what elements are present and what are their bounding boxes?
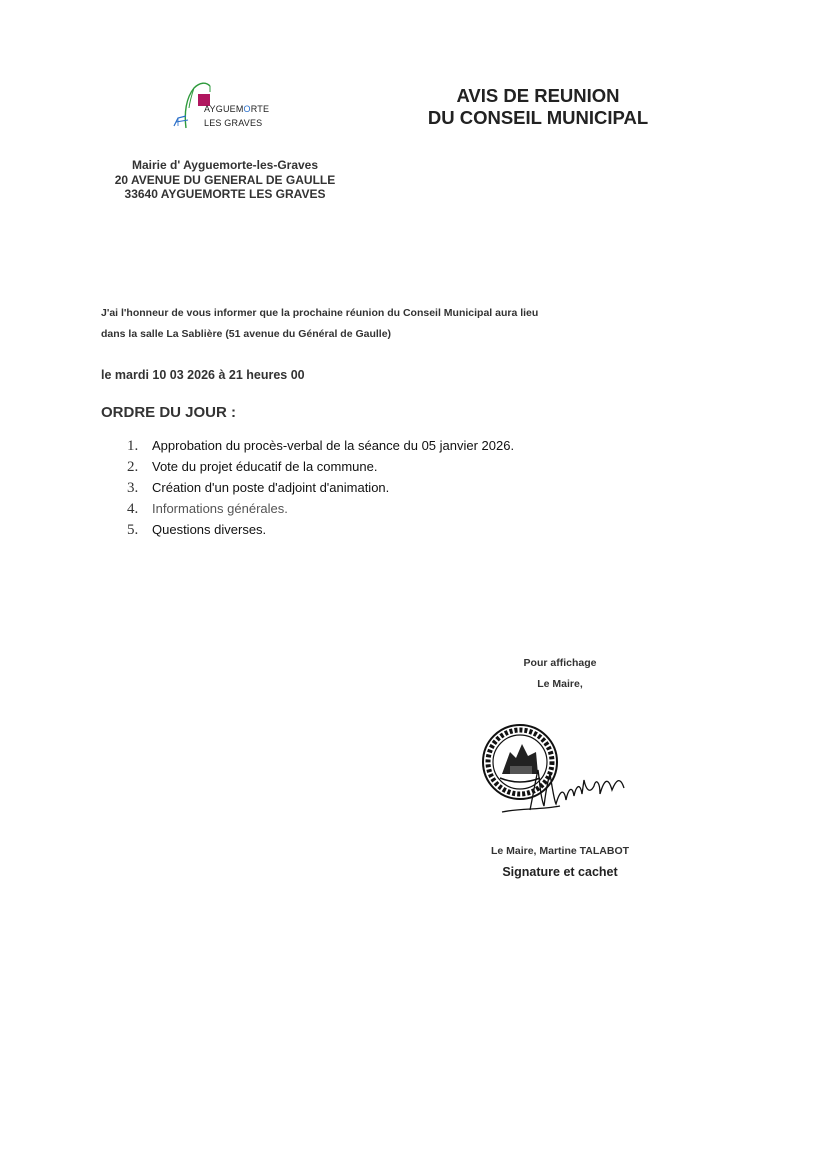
logo-text-line2: LES GRAVES xyxy=(204,118,262,128)
title-line-1: AVIS DE REUNION xyxy=(400,85,676,107)
title-line-2: DU CONSEIL MUNICIPAL xyxy=(400,107,676,129)
posting-notice: Pour affichage Le Maire, xyxy=(480,653,640,695)
intro-line-2: dans la salle La Sablière (51 avenue du … xyxy=(101,324,621,345)
meeting-date: le mardi 10 03 2026 à 21 heures 00 xyxy=(101,368,305,382)
mayor-label: Le Maire, xyxy=(480,674,640,695)
agenda-item: 3.Création d'un poste d'adjoint d'animat… xyxy=(127,477,514,498)
signature-label: Signature et cachet xyxy=(470,865,650,879)
intro-paragraph: J'ai l'honneur de vous informer que la p… xyxy=(101,303,621,345)
address-line-1: Mairie d' Ayguemorte-les-Graves xyxy=(95,158,355,173)
agenda-item: 2.Vote du projet éducatif de la commune. xyxy=(127,456,514,477)
intro-line-1: J'ai l'honneur de vous informer que la p… xyxy=(101,303,621,324)
agenda-item: 5.Questions diverses. xyxy=(127,519,514,540)
address-line-3: 33640 AYGUEMORTE LES GRAVES xyxy=(95,187,355,202)
town-hall-address: Mairie d' Ayguemorte-les-Graves 20 AVENU… xyxy=(95,158,355,202)
logo-text-line1: AYGUEMORTE xyxy=(204,104,269,114)
agenda-item: 4.Informations générales. xyxy=(127,498,514,519)
municipality-logo: AYGUEMORTE LES GRAVES xyxy=(172,78,282,134)
document-title: AVIS DE REUNION DU CONSEIL MUNICIPAL xyxy=(400,85,676,129)
for-posting-label: Pour affichage xyxy=(480,653,640,674)
address-line-2: 20 AVENUE DU GENERAL DE GAULLE xyxy=(95,173,355,188)
mayor-name: Le Maire, Martine TALABOT xyxy=(470,845,650,857)
agenda-title: ORDRE DU JOUR : xyxy=(101,404,236,421)
agenda-item: 1.Approbation du procès-verbal de la séa… xyxy=(127,435,514,456)
handwritten-signature-icon xyxy=(500,760,640,820)
agenda-list: 1.Approbation du procès-verbal de la séa… xyxy=(127,435,514,540)
